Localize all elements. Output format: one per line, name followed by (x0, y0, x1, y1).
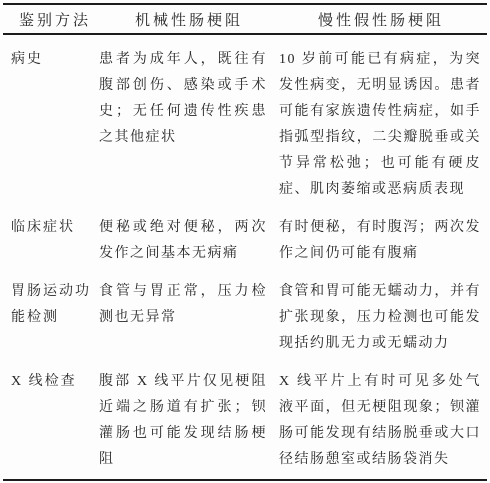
table-row: 病史 患者为成年人，既往有腹部创伤、感染或手术史；无任何遗传性疾患之其他症状 1… (3, 47, 487, 203)
row-label: 胃肠运动功能检测 (11, 279, 99, 357)
mechanical-cell: 腹部 X 线平片仅见梗阻近端之肠道有扩张；钡灌肠也可能发现结肠梗阻 (99, 369, 279, 473)
table-header-row: 鉴别方法 机械性肠梗阻 慢性假性肠梗阻 (3, 5, 487, 35)
row-label: 病史 (11, 47, 99, 203)
pseudo-cell: 10 岁前可能已有病症，为突发性病变，无明显诱因。患者可能有家族遗传性病症，如手… (279, 47, 483, 203)
table-body: 病史 患者为成年人，既往有腹部创伤、感染或手术史；无任何遗传性疾患之其他症状 1… (3, 35, 487, 479)
column-header-method: 鉴别方法 (11, 9, 99, 30)
comparison-table: 鉴别方法 机械性肠梗阻 慢性假性肠梗阻 病史 患者为成年人，既往有腹部创伤、感染… (3, 3, 487, 481)
mechanical-cell: 患者为成年人，既往有腹部创伤、感染或手术史；无任何遗传性疾患之其他症状 (99, 47, 279, 203)
pseudo-cell: 食管和胃可能无蠕动力，并有扩张现象，压力检测也可能发现括约肌无力或无蠕动力 (279, 279, 483, 357)
table-row: X 线检查 腹部 X 线平片仅见梗阻近端之肠道有扩张；钡灌肠也可能发现结肠梗阻 … (3, 369, 487, 473)
scanned-document-page: 鉴别方法 机械性肠梗阻 慢性假性肠梗阻 病史 患者为成年人，既往有腹部创伤、感染… (0, 0, 490, 483)
row-label: X 线检查 (11, 369, 99, 473)
table-row: 临床症状 便秘或绝对便秘，两次发作之间基本无病痛 有时便秘，有时腹泻；两次发作之… (3, 215, 487, 267)
mechanical-cell: 便秘或绝对便秘，两次发作之间基本无病痛 (99, 215, 279, 267)
mechanical-cell: 食管与胃正常，压力检测也无异常 (99, 279, 279, 357)
table-row: 胃肠运动功能检测 食管与胃正常，压力检测也无异常 食管和胃可能无蠕动力，并有扩张… (3, 279, 487, 357)
pseudo-cell: 有时便秘，有时腹泻；两次发作之间仍可能有腹痛 (279, 215, 483, 267)
pseudo-cell: X 线平片上有时可见多处气液平面，但无梗阻现象；钡灌肠可能发现有结肠脱垂或大口径… (279, 369, 483, 473)
column-header-mechanical: 机械性肠梗阻 (99, 9, 279, 30)
row-label: 临床症状 (11, 215, 99, 267)
column-header-pseudo: 慢性假性肠梗阻 (279, 9, 483, 30)
